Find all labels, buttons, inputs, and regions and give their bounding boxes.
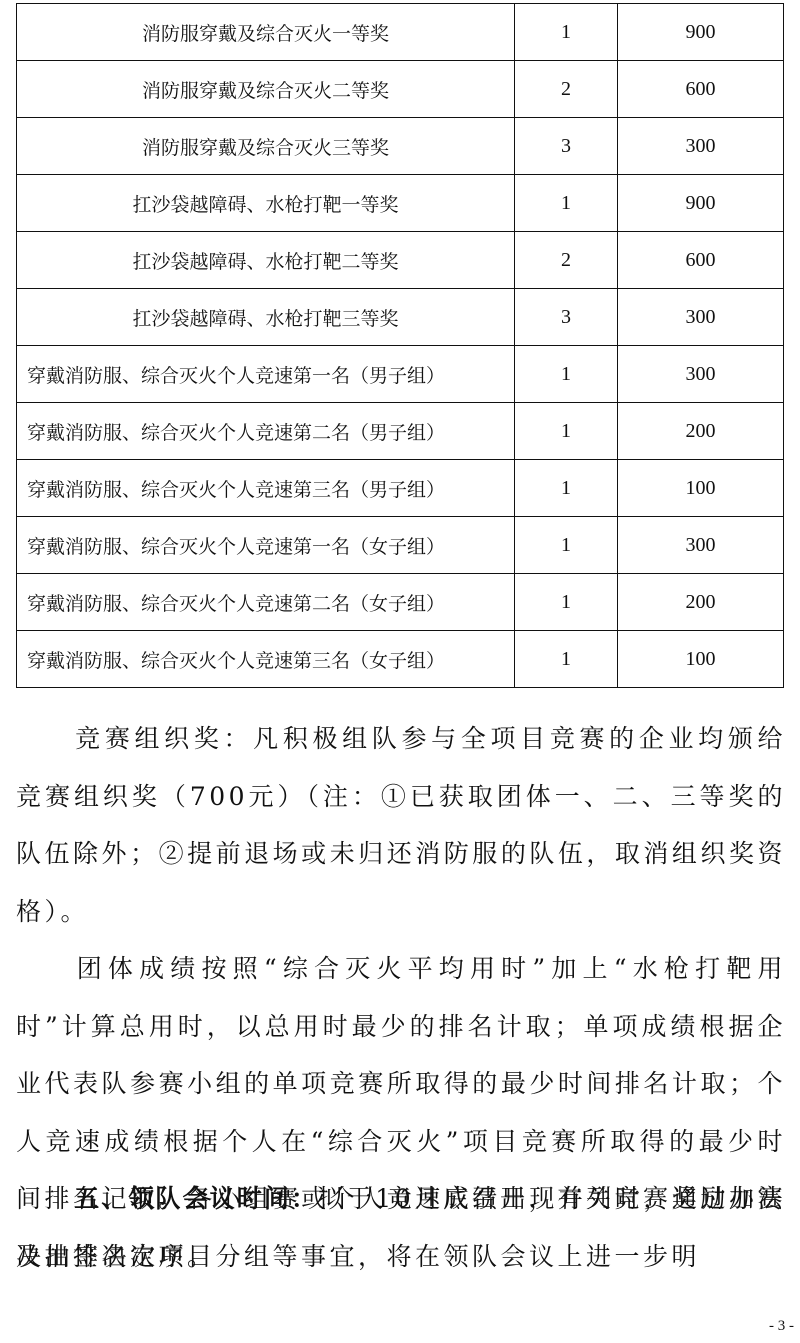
award-amount: 900 — [618, 175, 784, 232]
award-count: 1 — [515, 574, 618, 631]
table-row: 扛沙袋越障碍、水枪打靶三等奖 3 300 — [17, 289, 784, 346]
table-row: 穿戴消防服、综合灭火个人竞速第二名（女子组） 1 200 — [17, 574, 784, 631]
table-row: 消防服穿戴及综合灭火二等奖 2 600 — [17, 61, 784, 118]
award-amount: 300 — [618, 118, 784, 175]
award-name: 消防服穿戴及综合灭火三等奖 — [17, 118, 515, 175]
table-row: 消防服穿戴及综合灭火三等奖 3 300 — [17, 118, 784, 175]
award-count: 1 — [515, 175, 618, 232]
award-amount: 900 — [618, 4, 784, 61]
page-number: - 3 - — [769, 1318, 794, 1335]
award-name: 消防服穿戴及综合灭火二等奖 — [17, 61, 515, 118]
award-name: 扛沙袋越障碍、水枪打靶二等奖 — [17, 232, 515, 289]
section-heading: 五、领队会议时间： — [74, 1184, 318, 1213]
award-amount: 100 — [618, 460, 784, 517]
award-name: 穿戴消防服、综合灭火个人竞速第一名（男子组） — [17, 346, 515, 403]
award-amount: 300 — [618, 517, 784, 574]
award-count: 1 — [515, 631, 618, 688]
award-count: 1 — [515, 346, 618, 403]
table-row: 扛沙袋越障碍、水枪打靶二等奖 2 600 — [17, 232, 784, 289]
award-amount: 300 — [618, 289, 784, 346]
award-amount: 600 — [618, 232, 784, 289]
award-amount: 600 — [618, 61, 784, 118]
award-name: 扛沙袋越障碍、水枪打靶三等奖 — [17, 289, 515, 346]
award-name: 穿戴消防服、综合灭火个人竞速第三名（男子组） — [17, 460, 515, 517]
table-row: 穿戴消防服、综合灭火个人竞速第三名（男子组） 1 100 — [17, 460, 784, 517]
award-name: 穿戴消防服、综合灭火个人竞速第一名（女子组） — [17, 517, 515, 574]
table-row: 扛沙袋越障碍、水枪打靶一等奖 1 900 — [17, 175, 784, 232]
award-name: 穿戴消防服、综合灭火个人竞速第二名（女子组） — [17, 574, 515, 631]
organization-award-text: 竞赛组织奖：凡积极组队参与全项目竞赛的企业均颁给竞赛组织奖（700元）（注：①已… — [16, 724, 786, 926]
award-table: 消防服穿戴及综合灭火一等奖 1 900 消防服穿戴及综合灭火二等奖 2 600 … — [16, 3, 784, 688]
award-count: 3 — [515, 289, 618, 346]
award-count: 3 — [515, 118, 618, 175]
award-name: 扛沙袋越障碍、水枪打靶一等奖 — [17, 175, 515, 232]
award-count: 1 — [515, 517, 618, 574]
table-row: 穿戴消防服、综合灭火个人竞速第二名（男子组） 1 200 — [17, 403, 784, 460]
award-count: 1 — [515, 460, 618, 517]
award-name: 穿戴消防服、综合灭火个人竞速第三名（女子组） — [17, 631, 515, 688]
table-row: 穿戴消防服、综合灭火个人竞速第一名（男子组） 1 300 — [17, 346, 784, 403]
award-amount: 200 — [618, 574, 784, 631]
award-amount: 100 — [618, 631, 784, 688]
table-row: 穿戴消防服、综合灭火个人竞速第一名（女子组） 1 300 — [17, 517, 784, 574]
award-count: 2 — [515, 61, 618, 118]
award-name: 消防服穿戴及综合灭火一等奖 — [17, 4, 515, 61]
organization-award-paragraph: 竞赛组织奖：凡积极组队参与全项目竞赛的企业均颁给竞赛组织奖（700元）（注：①已… — [16, 710, 786, 940]
meeting-time-paragraph: 五、领队会议时间：拟于10月底召开，有关竞赛奖励办法及抽签决定项目分组等事宜，将… — [16, 1170, 786, 1285]
award-name: 穿戴消防服、综合灭火个人竞速第二名（男子组） — [17, 403, 515, 460]
award-amount: 200 — [618, 403, 784, 460]
award-amount: 300 — [618, 346, 784, 403]
award-count: 1 — [515, 4, 618, 61]
award-count: 2 — [515, 232, 618, 289]
table-row: 消防服穿戴及综合灭火一等奖 1 900 — [17, 4, 784, 61]
table-row: 穿戴消防服、综合灭火个人竞速第三名（女子组） 1 100 — [17, 631, 784, 688]
award-count: 1 — [515, 403, 618, 460]
